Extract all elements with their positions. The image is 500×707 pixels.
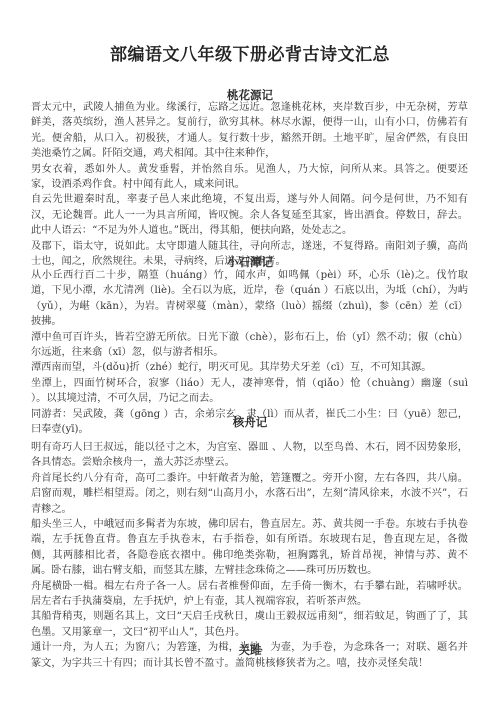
paragraph: 潭中鱼可百许头，皆若空游无所依。日光下澈（chè），影布石上，佁（yǐ）然不动；… bbox=[31, 330, 468, 361]
paragraph: 从小丘西行百二十步，隔篁（huáng）竹，闻水声，如鸣佩（pèi）环，心乐（lè… bbox=[31, 268, 468, 330]
section-body-hezhouji: 明有奇巧人曰王叔远，能以径寸之木，为宫室、器皿 、人物，以至鸟兽、木石，罔不因势… bbox=[31, 440, 468, 671]
paragraph: 舟尾横卧一楫。楫左右舟子各一人。居右者椎髻仰面，左手倚一衡木，右手攀右趾，若啸呼… bbox=[31, 579, 468, 610]
document-page: 部编语文八年级下册必背古诗文汇总 桃花源记 晋太元中，武陵人捕鱼为业。缘溪行，忘… bbox=[0, 0, 500, 707]
section-title-hezhouji: 核舟记 bbox=[0, 414, 500, 430]
section-title-guanju: 关雎 bbox=[0, 642, 500, 658]
paragraph: 其船背稍夷，则题名其上，文曰“天启壬戌秋日，虞山王毅叔远甫刻”，细若蚊足，钩画了… bbox=[31, 609, 468, 640]
paragraph: 明有奇巧人曰王叔远，能以径寸之木，为宫室、器皿 、人物，以至鸟兽、木石，罔不因势… bbox=[31, 440, 468, 471]
paragraph: 舟首尾长约八分有奇，高可二黍许。中轩敞者为舱，箬篷覆之。旁开小窗，左右各四，共八… bbox=[31, 471, 468, 517]
paragraph: 潭西南而望，斗(dǒu)折（zhé）蛇行，明灭可见。其岸势犬牙差（cī）互，不可… bbox=[31, 360, 468, 375]
paragraph: 船头坐三人，中峨冠而多髯者为东坡，佛印居右，鲁直居左。苏、黄共阅一手卷。东坡右手… bbox=[31, 517, 468, 579]
paragraph: 男女衣着，悉如外人。黄发垂髫，并怡然自乐。见渔人，乃大惊，问所从来。具答之。便要… bbox=[31, 162, 468, 193]
paragraph: 晋太元中，武陵人捕鱼为业。缘溪行，忘路之远近。忽逢桃花林，夹岸数百步，中无杂树，… bbox=[31, 100, 468, 162]
paragraph: 坐潭上，四面竹树环合，寂寥（liáo）无人，凄神寒骨，悄（qiǎo）怆（chuà… bbox=[31, 376, 468, 407]
document-title: 部编语文八年级下册必背古诗文汇总 bbox=[0, 40, 500, 65]
section-body-taohuayuanji: 晋太元中，武陵人捕鱼为业。缘溪行，忘路之远近。忽逢桃花林，夹岸数百步，中无杂树，… bbox=[31, 100, 468, 269]
paragraph: 自云先世避秦时乱，率妻子邑人来此绝境，不复出焉，遂与外人间隔。问今是何世，乃不知… bbox=[31, 192, 468, 238]
section-body-xiaoshitanji: 从小丘西行百二十步，隔篁（huáng）竹，闻水声，如鸣佩（pèi）环，心乐（lè… bbox=[31, 268, 468, 437]
